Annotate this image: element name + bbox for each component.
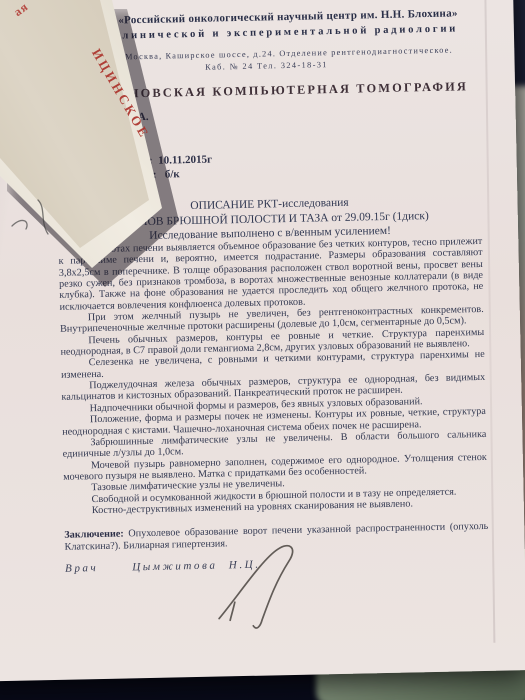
corner-documents: ая ИЦИНСКОЕ [0,0,210,310]
handwritten-marks [8,192,68,248]
conclusion-label: Заключение: [64,529,124,541]
photo-frame: ФГБНУ «Российский онкологический научный… [0,0,525,700]
doctor-signature [210,538,322,630]
paper-crease [484,0,495,643]
